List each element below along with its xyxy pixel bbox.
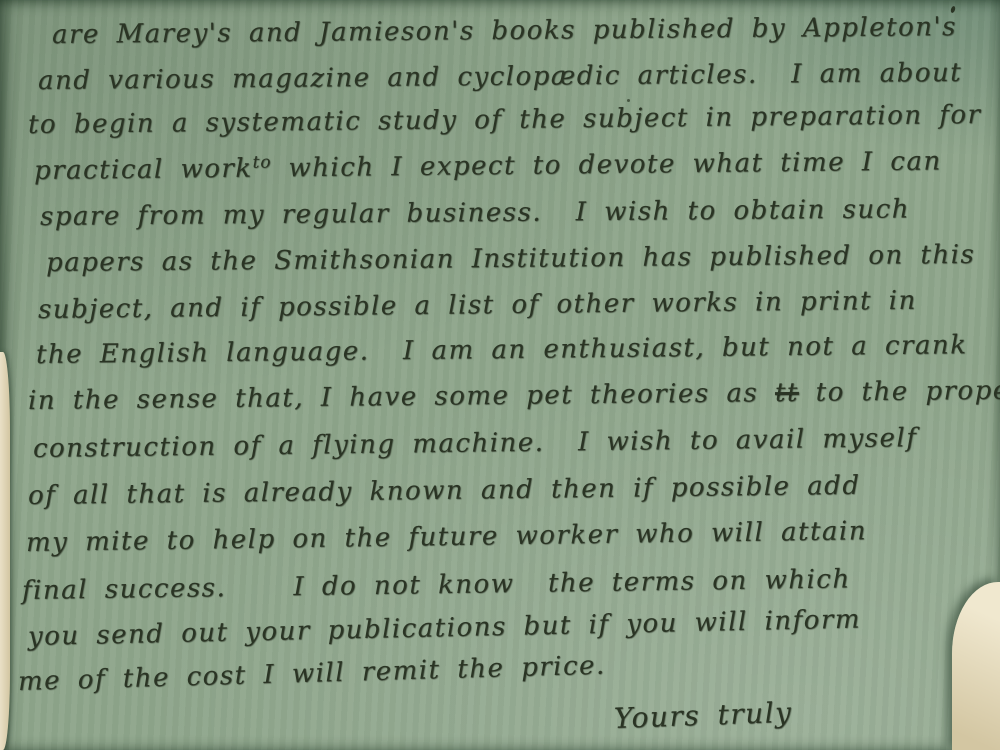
line-9-text: in the sense that, I have some pet theor…	[28, 378, 775, 416]
handwriting-line-8: the English language. I am an enthusiast…	[36, 330, 968, 370]
line-4-text: practical work	[34, 154, 253, 186]
handwriting-line-5: spare from my regular business. I wish t…	[40, 194, 910, 232]
letter-scan: are Marey's and Jamieson's books publish…	[0, 0, 1000, 750]
struck-out-word: tt	[775, 378, 799, 408]
handwriting-line-10: construction of a flying machine. I wish…	[33, 423, 918, 464]
handwriting-line-4: practical workto which I expect to devot…	[34, 146, 942, 189]
handwriting-line-7: subject, and if possible a list of other…	[38, 286, 917, 325]
handwriting-line-9: in the sense that, I have some pet theor…	[28, 376, 1000, 416]
handwriting-line-15: me of the cost I will remit the price.	[18, 651, 607, 697]
handwriting-line-1: are Marey's and Jamieson's books publish…	[52, 12, 957, 50]
handwriting-line-13: final success. I do not know the terms o…	[22, 564, 851, 606]
handwriting-line-2: and various magazine and cyclopædic arti…	[38, 58, 962, 96]
handwriting-line-6: papers as the Smithsonian Institution ha…	[46, 240, 976, 278]
closing-yours-truly: Yours truly	[613, 698, 792, 734]
line-4-text: which I expect to devote what time I can	[272, 146, 942, 183]
handwriting-line-12: my mite to help on the future worker who…	[26, 516, 867, 558]
inserted-word-to: to	[252, 153, 271, 173]
handwritten-text-block: are Marey's and Jamieson's books publish…	[0, 0, 1000, 750]
line-9-text: to the proper	[799, 376, 1000, 408]
handwriting-line-3: to begin a systematic study of the subje…	[28, 100, 982, 140]
handwriting-line-14: you send out your publications but if yo…	[28, 605, 862, 652]
handwriting-line-11: of all that is already known and then if…	[28, 471, 861, 511]
